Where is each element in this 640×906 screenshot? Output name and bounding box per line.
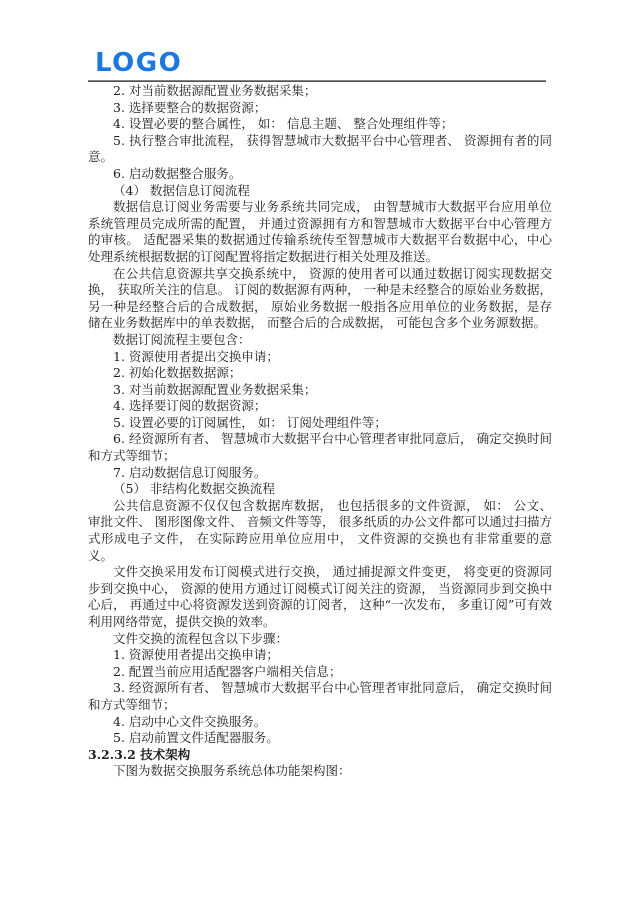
doc-paragraph: 6. 启动数据整合服务。 [88, 166, 552, 183]
doc-paragraph: 7. 启动数据信息订阅服务。 [88, 465, 552, 482]
page-header: LOGO [88, 50, 546, 82]
doc-paragraph: 公共信息资源不仅仅包含数据库数据， 也包括很多的文件资源， 如： 公文、 审批文… [88, 498, 552, 564]
doc-paragraph: 下图为数据交换服务系统总体功能架构图： [88, 763, 552, 780]
doc-paragraph: 6. 经资源所有者、 智慧城市大数据平台中心管理者审批同意后， 确定交换时间和方… [88, 431, 552, 464]
doc-paragraph: 1. 资源使用者提出交换申请； [88, 349, 552, 366]
doc-paragraph: 4. 设置必要的整合属性， 如： 信息主题、 整合处理组件等； [88, 116, 552, 133]
doc-paragraph: 5. 启动前置文件适配器服务。 [88, 730, 552, 747]
doc-paragraph: 文件交换采用发布订阅模式进行交换， 通过捕捉源文件变更， 将变更的资源同步到交换… [88, 564, 552, 630]
doc-paragraph: 文件交换的流程包含以下步骤： [88, 631, 552, 648]
document-body: 2. 对当前数据源配置业务数据采集；3. 选择要整合的数据资源；4. 设置必要的… [88, 83, 552, 780]
doc-paragraph: 3. 经资源所有者、 智慧城市大数据平台中心管理者审批同意后， 确定交换时间和方… [88, 680, 552, 713]
doc-paragraph: 4. 启动中心文件交换服务。 [88, 714, 552, 731]
doc-paragraph: 2. 配置当前应用适配器客户端相关信息； [88, 664, 552, 681]
section-heading: 3.2.3.2 技术架构 [88, 747, 552, 764]
doc-paragraph: 5. 设置必要的订阅属性， 如： 订阅处理组件等； [88, 415, 552, 432]
doc-paragraph: 数据订阅流程主要包含： [88, 332, 552, 349]
header-rule [88, 80, 546, 82]
doc-paragraph: 4. 选择要订阅的数据资源； [88, 398, 552, 415]
document-page: LOGO 2. 对当前数据源配置业务数据采集；3. 选择要整合的数据资源；4. … [0, 0, 640, 906]
doc-paragraph: 1. 资源使用者提出交换申请； [88, 647, 552, 664]
doc-paragraph: 2. 初始化数据数据源； [88, 365, 552, 382]
doc-paragraph: 3. 选择要整合的数据资源； [88, 100, 552, 117]
company-logo: LOGO [95, 50, 182, 76]
doc-paragraph: （4） 数据信息订阅流程 [88, 183, 552, 200]
doc-paragraph: 3. 对当前数据源配置业务数据采集； [88, 382, 552, 399]
doc-paragraph: 2. 对当前数据源配置业务数据采集； [88, 83, 552, 100]
doc-paragraph: 数据信息订阅业务需要与业务系统共同完成， 由智慧城市大数据平台应用单位系统管理员… [88, 199, 552, 265]
doc-paragraph: 5. 执行整合审批流程， 获得智慧城市大数据平台中心管理者、 资源拥有者的同意。 [88, 133, 552, 166]
doc-paragraph: （5） 非结构化数据交换流程 [88, 481, 552, 498]
doc-paragraph: 在公共信息资源共享交换系统中， 资源的使用者可以通过数据订阅实现数据交换， 获取… [88, 266, 552, 332]
